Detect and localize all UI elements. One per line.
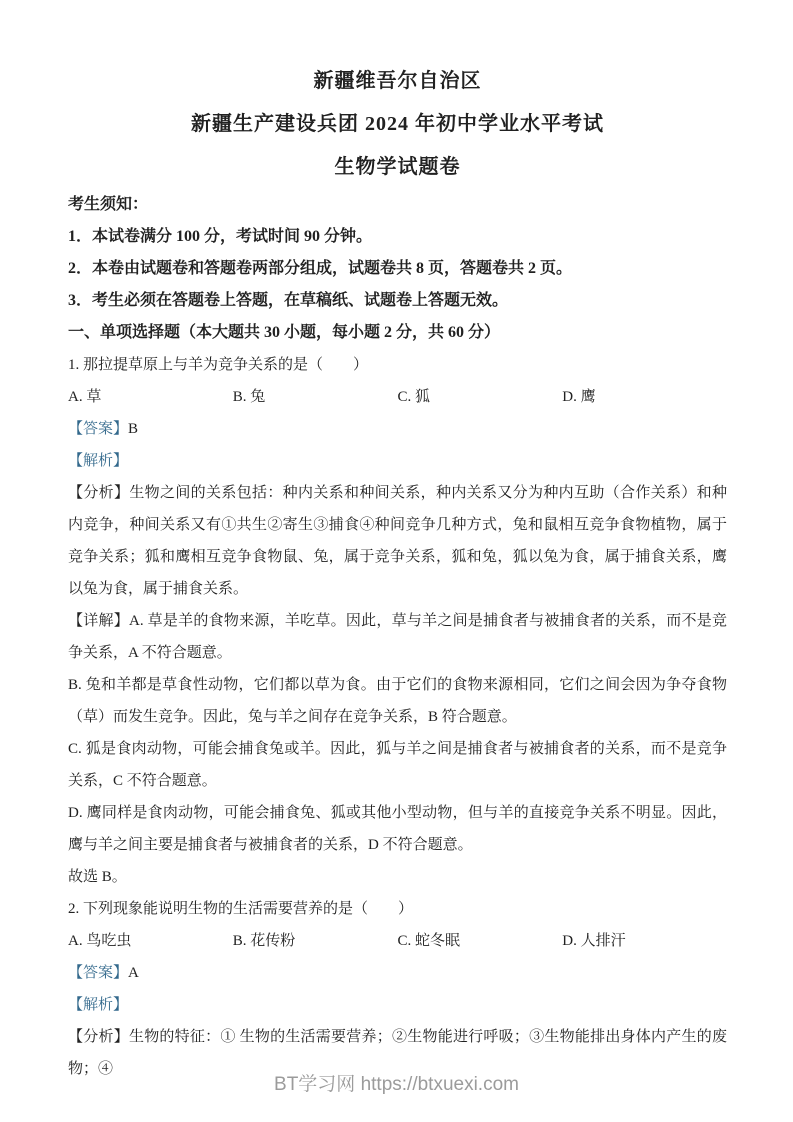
notice-item-3: 3．考生必须在答题卷上答题，在草稿纸、试题卷上答题无效。 xyxy=(68,285,727,317)
notice-item-2: 2．本卷由试题卷和答题卷两部分组成，试题卷共 8 页，答题卷共 2 页。 xyxy=(68,253,727,285)
exam-paper-page: 新疆维吾尔自治区 新疆生产建设兵团 2024 年初中学业水平考试 生物学试题卷 … xyxy=(0,0,793,1122)
notice-item-1: 1．本试卷满分 100 分，考试时间 90 分钟。 xyxy=(68,221,727,253)
explanation-label: 【解析】 xyxy=(68,453,128,469)
question-1-detail-d: D. 鹰同样是食肉动物，可能会捕食兔、狐或其他小型动物，但与羊的直接竞争关系不明… xyxy=(68,797,727,861)
option-b: B. 花传粉 xyxy=(233,925,398,957)
option-c-key: C. xyxy=(398,933,412,949)
question-2-explanation-line: 【解析】 xyxy=(68,989,727,1021)
option-a: A. 草 xyxy=(68,381,233,413)
doc-title-exam: 新疆生产建设兵团 2024 年初中学业水平考试 xyxy=(68,103,727,146)
question-2-options: A. 鸟吃虫 B. 花传粉 C. 蛇冬眠 D. 人排汗 xyxy=(68,925,727,957)
option-d-key: D. xyxy=(562,389,577,405)
option-c: C. 狐 xyxy=(398,381,563,413)
option-c-text: 蛇冬眠 xyxy=(415,933,460,949)
notice-heading: 考生须知： xyxy=(68,189,727,221)
question-1-answer-line: 【答案】B xyxy=(68,413,727,445)
option-d-text: 鹰 xyxy=(581,389,596,405)
doc-title-subject: 生物学试题卷 xyxy=(68,146,727,189)
question-2-answer-line: 【答案】A xyxy=(68,957,727,989)
option-b-key: B. xyxy=(233,933,247,949)
option-d-key: D. xyxy=(562,933,577,949)
question-2-stem: 2. 下列现象能说明生物的生活需要营养的是（ ） xyxy=(68,893,727,925)
option-c: C. 蛇冬眠 xyxy=(398,925,563,957)
section-heading-choice: 一、单项选择题（本大题共 30 小题，每小题 2 分，共 60 分） xyxy=(68,317,727,349)
option-b-text: 花传粉 xyxy=(250,933,295,949)
option-d-text: 人排汗 xyxy=(581,933,626,949)
question-1-answer: B xyxy=(128,421,138,437)
option-a-text: 草 xyxy=(86,389,101,405)
answer-label: 【答案】 xyxy=(68,421,128,437)
option-a: A. 鸟吃虫 xyxy=(68,925,233,957)
option-b: B. 兔 xyxy=(233,381,398,413)
option-b-text: 兔 xyxy=(250,389,265,405)
option-b-key: B. xyxy=(233,389,247,405)
doc-title-region: 新疆维吾尔自治区 xyxy=(68,60,727,103)
question-2-answer: A xyxy=(128,965,139,981)
answer-label: 【答案】 xyxy=(68,965,128,981)
question-1-detail-c: C. 狐是食肉动物，可能会捕食兔或羊。因此，狐与羊之间是捕食者与被捕食者的关系，… xyxy=(68,733,727,797)
option-d: D. 人排汗 xyxy=(562,925,727,957)
question-1-stem: 1. 那拉提草原上与羊为竞争关系的是（ ） xyxy=(68,349,727,381)
question-1-conclusion: 故选 B。 xyxy=(68,861,727,893)
option-a-key: A. xyxy=(68,933,83,949)
watermark-footer: BT学习网 https://btxuexi.com xyxy=(0,1069,793,1096)
question-1: 1. 那拉提草原上与羊为竞争关系的是（ ） A. 草 B. 兔 C. 狐 D. … xyxy=(68,349,727,893)
page-content: 新疆维吾尔自治区 新疆生产建设兵团 2024 年初中学业水平考试 生物学试题卷 … xyxy=(0,0,793,1085)
option-a-key: A. xyxy=(68,389,83,405)
question-1-options: A. 草 B. 兔 C. 狐 D. 鹰 xyxy=(68,381,727,413)
question-1-detail-b: B. 兔和羊都是草食性动物，它们都以草为食。由于它们的食物来源相同，它们之间会因… xyxy=(68,669,727,733)
option-a-text: 鸟吃虫 xyxy=(86,933,131,949)
option-c-key: C. xyxy=(398,389,412,405)
question-2: 2. 下列现象能说明生物的生活需要营养的是（ ） A. 鸟吃虫 B. 花传粉 C… xyxy=(68,893,727,1085)
explanation-label: 【解析】 xyxy=(68,997,128,1013)
option-c-text: 狐 xyxy=(415,389,430,405)
question-1-detail-a: 【详解】A. 草是羊的食物来源，羊吃草。因此，草与羊之间是捕食者与被捕食者的关系… xyxy=(68,605,727,669)
question-1-explanation-line: 【解析】 xyxy=(68,445,727,477)
option-d: D. 鹰 xyxy=(562,381,727,413)
question-1-analysis: 【分析】生物之间的关系包括：种内关系和种间关系，种内关系又分为种内互助（合作关系… xyxy=(68,477,727,605)
